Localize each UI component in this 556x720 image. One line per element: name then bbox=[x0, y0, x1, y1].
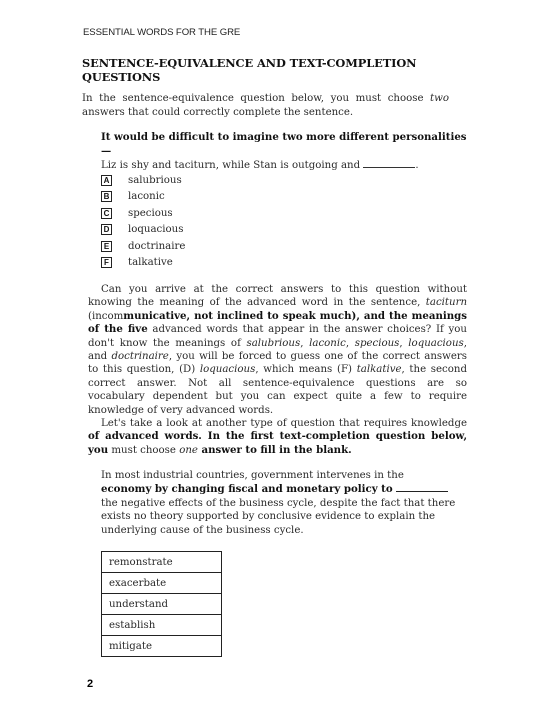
choice-d[interactable]: Dloquacious bbox=[101, 222, 185, 239]
table-row[interactable]: remonstrate bbox=[102, 552, 222, 573]
choice-f[interactable]: Ftalkative bbox=[101, 255, 185, 272]
document-page: ESSENTIAL WORDS FOR THE GRE SENTENCE-EQU… bbox=[0, 0, 556, 720]
choice-b[interactable]: Blaconic bbox=[101, 189, 185, 206]
section-title: SENTENCE-EQUIVALENCE AND TEXT-COMPLETION… bbox=[82, 56, 482, 84]
running-head: ESSENTIAL WORDS FOR THE GRE bbox=[83, 27, 240, 38]
answer-option[interactable]: exacerbate bbox=[102, 573, 222, 594]
table-row[interactable]: exacerbate bbox=[102, 573, 222, 594]
choice-e[interactable]: Edoctrinaire bbox=[101, 238, 185, 255]
intro-paragraph: In the sentence-equivalence question bel… bbox=[82, 92, 449, 119]
table-row[interactable]: establish bbox=[102, 615, 222, 636]
explanation-paragraphs: Can you arrive at the correct answers to… bbox=[88, 283, 467, 457]
page-number: 2 bbox=[87, 678, 93, 690]
answer-blank bbox=[396, 482, 448, 492]
table-row[interactable]: understand bbox=[102, 594, 222, 615]
table-row[interactable]: mitigate bbox=[102, 636, 222, 657]
question2-line2: economy by changing fiscal and monetary … bbox=[101, 482, 461, 496]
sentence-equivalence-question: It would be difficult to imagine two mor… bbox=[101, 131, 471, 173]
choice-c[interactable]: Cspecious bbox=[101, 205, 185, 222]
transition-paragraph: Let's take a look at another type of que… bbox=[88, 417, 467, 457]
answer-option[interactable]: mitigate bbox=[102, 636, 222, 657]
checkbox-e[interactable]: E bbox=[101, 241, 112, 252]
answer-choices: Asalubrious Blaconic Cspecious Dloquacio… bbox=[101, 172, 185, 271]
question1-line1: It would be difficult to imagine two mor… bbox=[101, 131, 471, 158]
answer-choice-table: remonstrate exacerbate understand establ… bbox=[101, 551, 222, 657]
checkbox-d[interactable]: D bbox=[101, 224, 112, 235]
checkbox-a[interactable]: A bbox=[101, 175, 112, 186]
checkbox-f[interactable]: F bbox=[101, 257, 112, 268]
answer-option[interactable]: establish bbox=[102, 615, 222, 636]
answer-option[interactable]: remonstrate bbox=[102, 552, 222, 573]
question2-line1: In most industrial countries, government… bbox=[101, 469, 461, 482]
choice-a[interactable]: Asalubrious bbox=[101, 172, 185, 189]
question2-rest: the negative effects of the business cyc… bbox=[101, 497, 461, 537]
answer-blank bbox=[363, 158, 415, 168]
question1-line2: Liz is shy and taciturn, while Stan is o… bbox=[101, 158, 471, 173]
explanation-paragraph: Can you arrive at the correct answers to… bbox=[88, 283, 467, 417]
checkbox-c[interactable]: C bbox=[101, 208, 112, 219]
answer-option[interactable]: understand bbox=[102, 594, 222, 615]
checkbox-b[interactable]: B bbox=[101, 191, 112, 202]
text-completion-question: In most industrial countries, government… bbox=[101, 469, 461, 537]
